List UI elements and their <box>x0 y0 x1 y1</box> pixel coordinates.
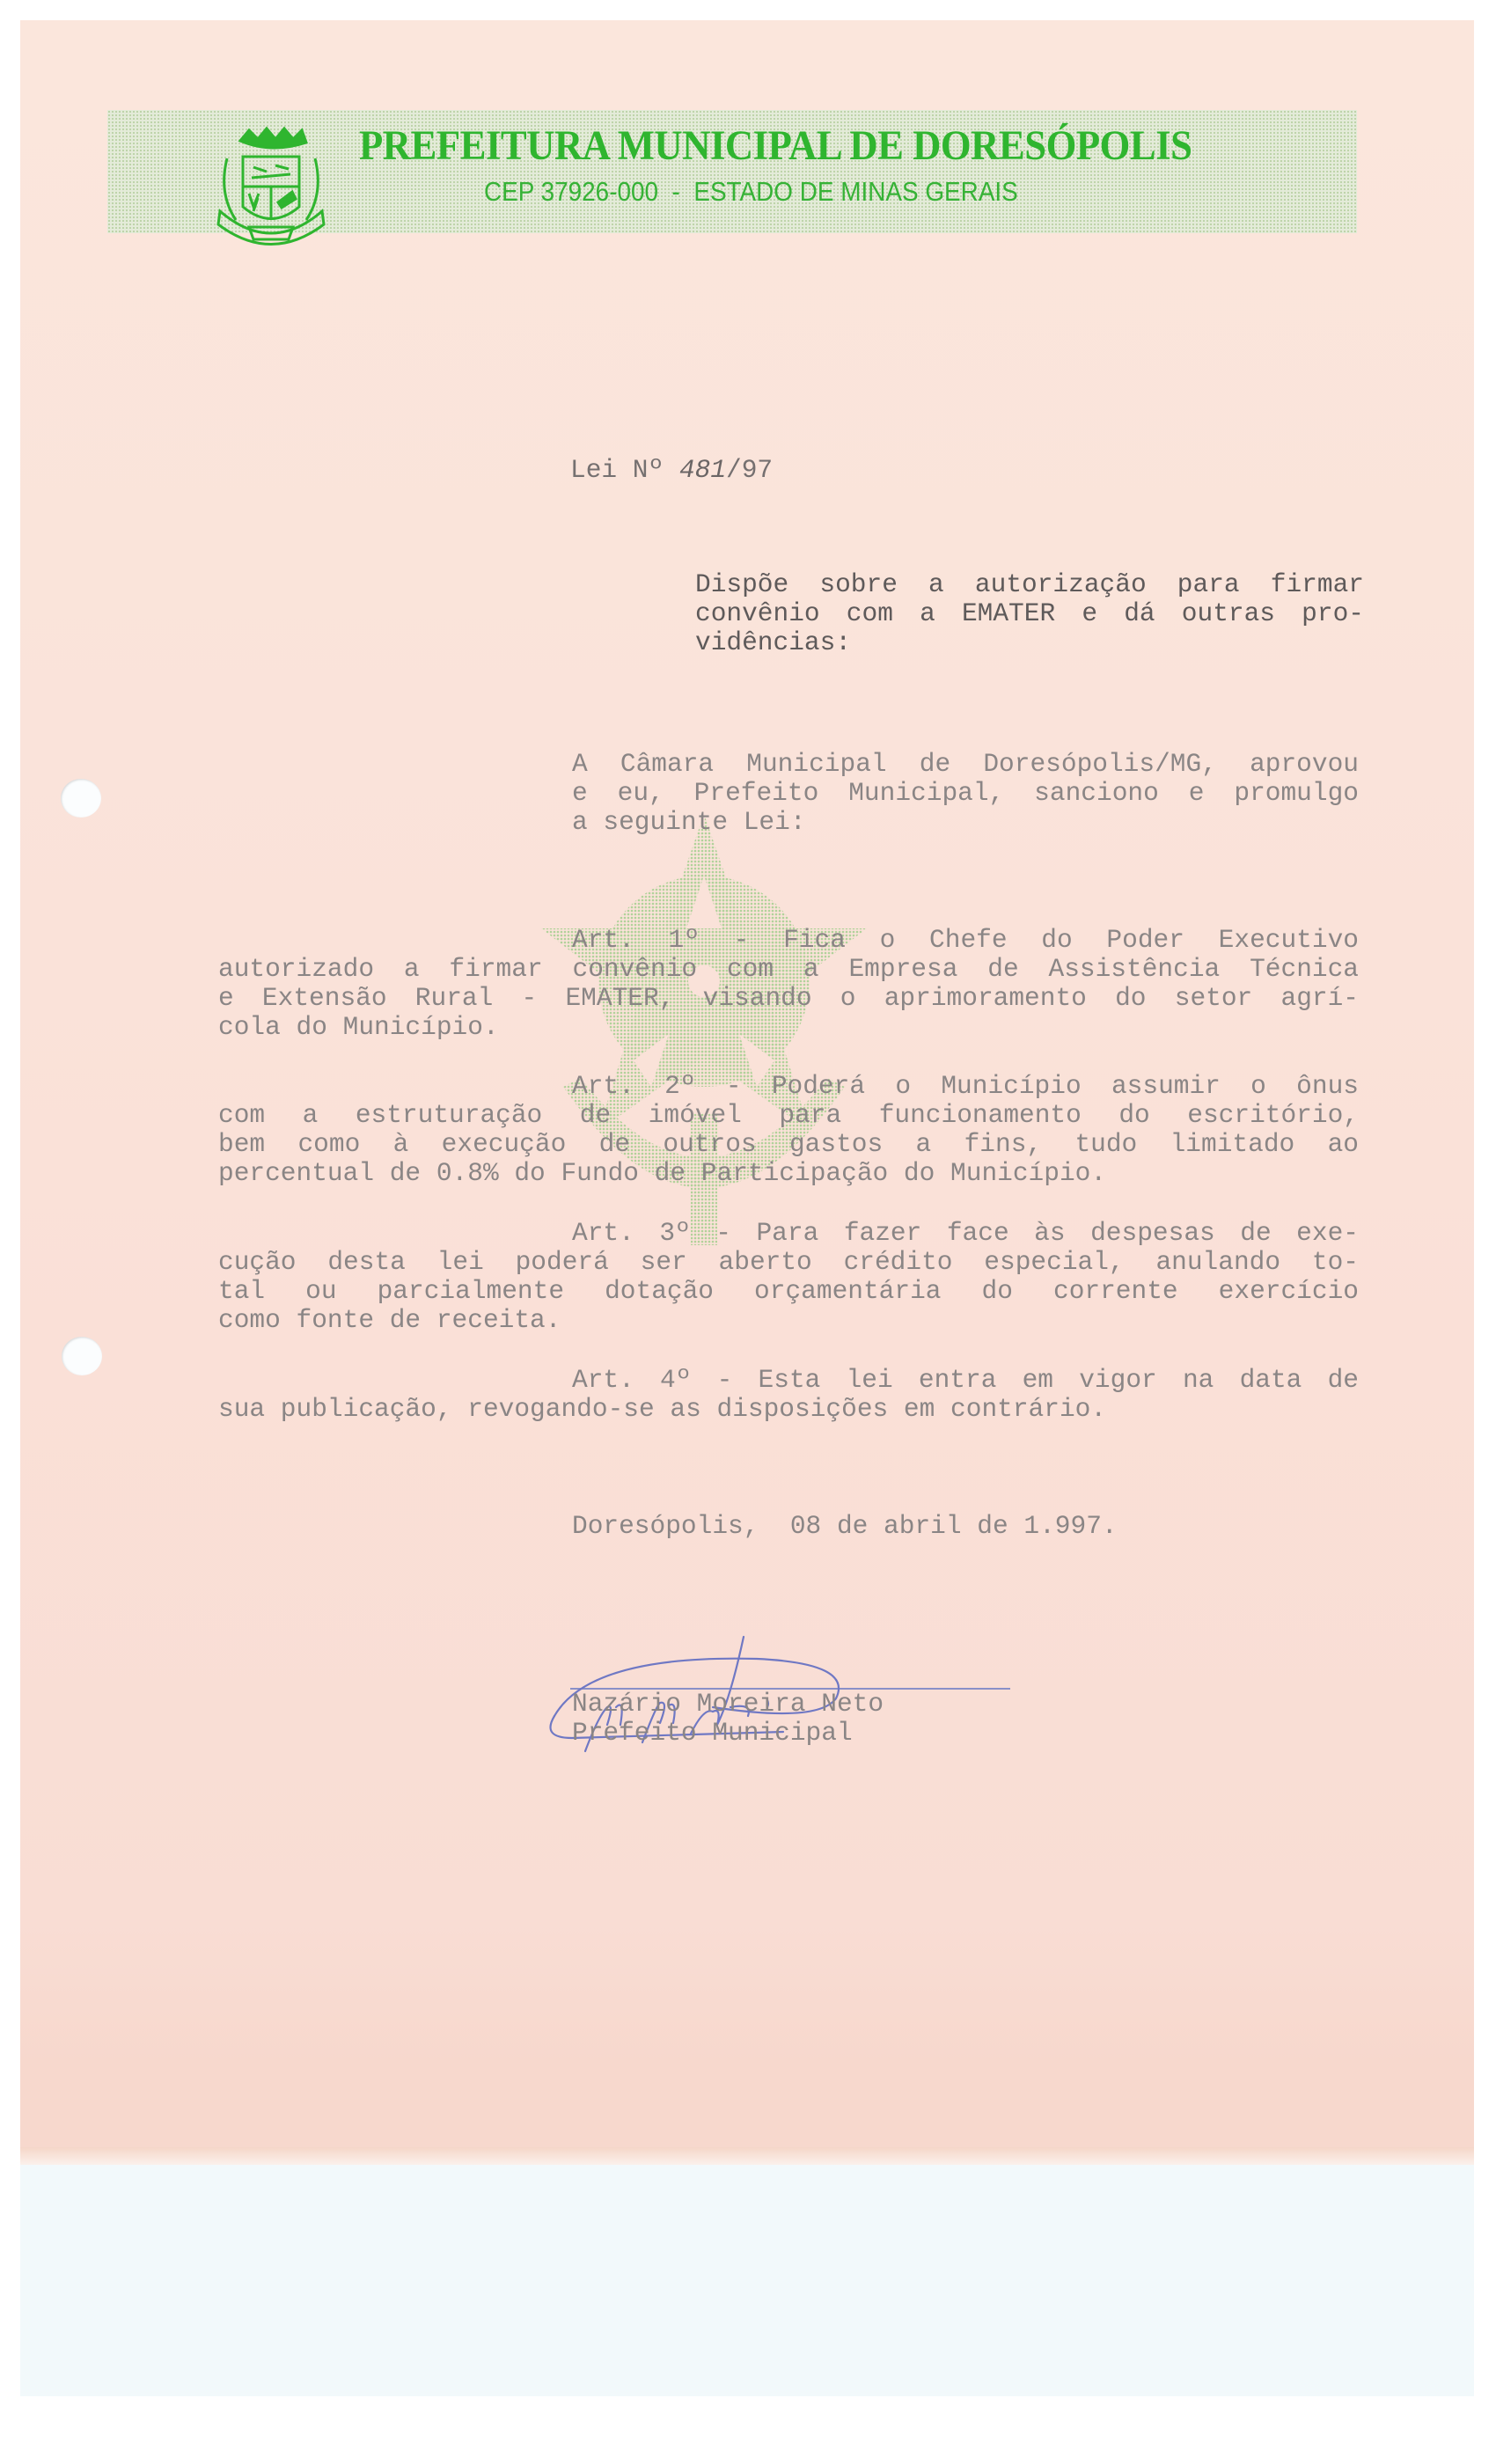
article-line: como fonte de receita. <box>218 1306 1359 1335</box>
preamble-line: a seguinte Lei: <box>572 808 1359 837</box>
letterhead-subtitle: CEP 37926-000 - ESTADO DE MINAS GERAIS <box>484 176 1018 208</box>
article-4: Art. 4º - Esta lei entra em vigor na dat… <box>218 1366 1359 1424</box>
law-subject: Dispõe sobre a autorização para firmar c… <box>695 570 1364 657</box>
preamble: A Câmara Municipal de Doresópolis/MG, ap… <box>572 750 1359 837</box>
signatory-name: Nazário Moreira Neto <box>572 1690 884 1719</box>
letterhead-title: PREFEITURA MUNICIPAL DE DORESÓPOLIS <box>359 121 1210 170</box>
subject-line: Dispõe sobre a autorização para firmar <box>695 570 1364 599</box>
subject-line: vidências: <box>695 628 1364 657</box>
punch-hole-bottom <box>62 1337 102 1375</box>
article-2: Art. 2º - Poderá o Município assumir o ô… <box>218 1072 1359 1188</box>
article-line: cução desta lei poderá ser aberto crédit… <box>218 1248 1359 1277</box>
law-number: Lei Nº 481/97 <box>570 456 773 485</box>
law-number-value: 481 <box>679 455 726 485</box>
article-line: cola do Município. <box>218 1013 1359 1042</box>
coat-of-arms-icon <box>201 123 341 255</box>
date-line: Doresópolis, 08 de abril de 1.997. <box>572 1512 1118 1541</box>
preamble-line: A Câmara Municipal de Doresópolis/MG, ap… <box>572 750 1359 779</box>
article-line: tal ou parcialmente dotação orçamentária… <box>218 1277 1359 1306</box>
article-line: Art. 4º - Esta lei entra em vigor na dat… <box>218 1366 1359 1395</box>
blank-paper-area <box>20 2165 1474 2396</box>
article-line: Art. 2º - Poderá o Município assumir o ô… <box>218 1072 1359 1101</box>
article-line: autorizado a firmar convênio com a Empre… <box>218 955 1359 984</box>
article-line: com a estruturação de imóvel para funcio… <box>218 1101 1359 1130</box>
article-line: e Extensão Rural - EMATER, visando o apr… <box>218 984 1359 1013</box>
article-1: Art. 1º - Fica o Chefe do Poder Executiv… <box>218 926 1359 1042</box>
preamble-line: e eu, Prefeito Municipal, sanciono e pro… <box>572 779 1359 808</box>
law-year-suffix: /97 <box>726 455 773 485</box>
signatory-role: Prefeito Municipal <box>572 1719 853 1748</box>
article-line: percentual de 0.8% do Fundo de Participa… <box>218 1159 1359 1188</box>
punch-hole-top <box>61 779 101 818</box>
law-number-prefix: Lei Nº <box>570 455 679 485</box>
article-line: bem como à execução de outros gastos a f… <box>218 1130 1359 1159</box>
subject-line: convênio com a EMATER e dá outras pro- <box>695 599 1364 628</box>
article-line: Art. 3º - Para fazer face às despesas de… <box>218 1219 1359 1248</box>
article-line: sua publicação, revogando-se as disposiç… <box>218 1395 1359 1424</box>
article-line: Art. 1º - Fica o Chefe do Poder Executiv… <box>218 926 1359 955</box>
article-3: Art. 3º - Para fazer face às despesas de… <box>218 1219 1359 1335</box>
